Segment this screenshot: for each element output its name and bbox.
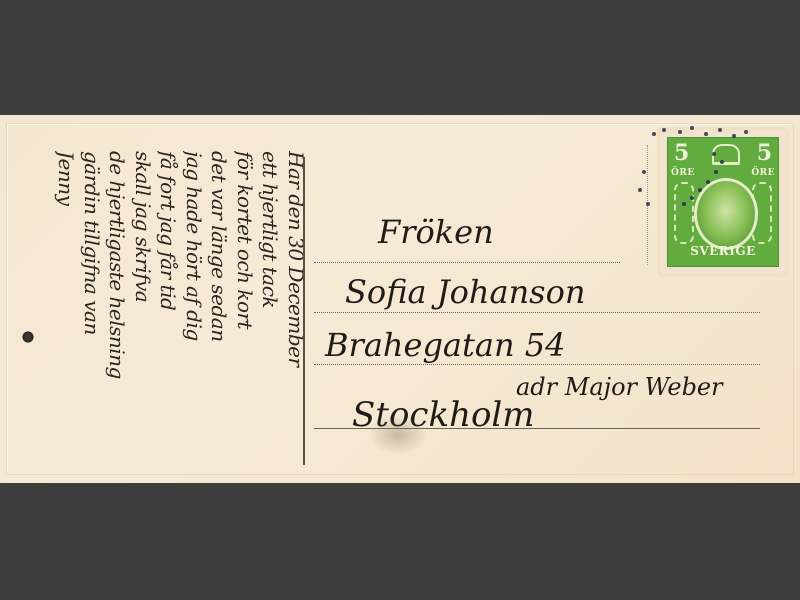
- crown-icon: [712, 144, 740, 165]
- address-rule: [314, 262, 620, 263]
- king-portrait-icon: [694, 178, 758, 250]
- address-rule: [314, 312, 760, 313]
- handwritten-message: Har den 30 December ett hjertligt tack f…: [53, 151, 308, 481]
- message-line: det var länge sedan: [206, 151, 232, 481]
- postmark-dot: [662, 128, 666, 132]
- laurel-icon: [674, 182, 694, 244]
- postmark-dot: [690, 196, 694, 200]
- postmark-dot: [678, 130, 682, 134]
- postage-stamp: 5 5 ÖRE ÖRE SVERIGE: [660, 130, 786, 274]
- address-rule: [314, 364, 760, 365]
- stamp-value-left: 5: [674, 142, 689, 164]
- ink-blot-icon: [22, 331, 34, 343]
- message-line: de hjertligaste helsning: [104, 151, 130, 481]
- message-line: ett hjertligt tack: [257, 151, 283, 481]
- postmark-dot: [690, 126, 694, 130]
- message-line: få fort jag får tid: [155, 151, 181, 481]
- address-title: Fröken: [378, 213, 494, 251]
- postmark-dot: [642, 170, 646, 174]
- address-care-of: adr Major Weber: [516, 373, 723, 401]
- message-line: för kortet och kort: [232, 151, 258, 481]
- message-area: Har den 30 December ett hjertligt tack f…: [8, 151, 300, 481]
- postmark-dot: [704, 132, 708, 136]
- address-street: Brahegatan 54: [325, 326, 565, 364]
- message-line: gärdin tillgifna van: [79, 151, 105, 481]
- stamp-value-right: 5: [757, 142, 772, 164]
- postmark-dot: [714, 170, 718, 174]
- postmark-dot: [744, 130, 748, 134]
- postmark-dot: [712, 152, 716, 156]
- postmark-dot: [732, 134, 736, 138]
- postcard: Har den 30 December ett hjertligt tack f…: [0, 115, 800, 483]
- stamp-country: SVERIGE: [668, 244, 778, 258]
- postmark-dot: [646, 202, 650, 206]
- address-name: Sofia Johanson: [345, 273, 585, 311]
- address-rule: [314, 428, 760, 429]
- stamp-currency-right: ÖRE: [751, 168, 775, 178]
- postmark-dot: [720, 160, 724, 164]
- postmark-dot: [682, 202, 686, 206]
- postmark-dot: [652, 132, 656, 136]
- postmark-dot: [718, 128, 722, 132]
- message-line: skall jag skrifva: [130, 151, 156, 481]
- postmark-dot: [638, 188, 642, 192]
- ink-stain: [368, 415, 428, 455]
- stamp-currency-left: ÖRE: [671, 168, 695, 178]
- message-line: jag hade hört af dig: [181, 151, 207, 481]
- divider-line: [303, 157, 305, 465]
- postmark-dot: [706, 180, 710, 184]
- postmark-dot: [698, 188, 702, 192]
- message-signature: Jenny: [53, 151, 79, 481]
